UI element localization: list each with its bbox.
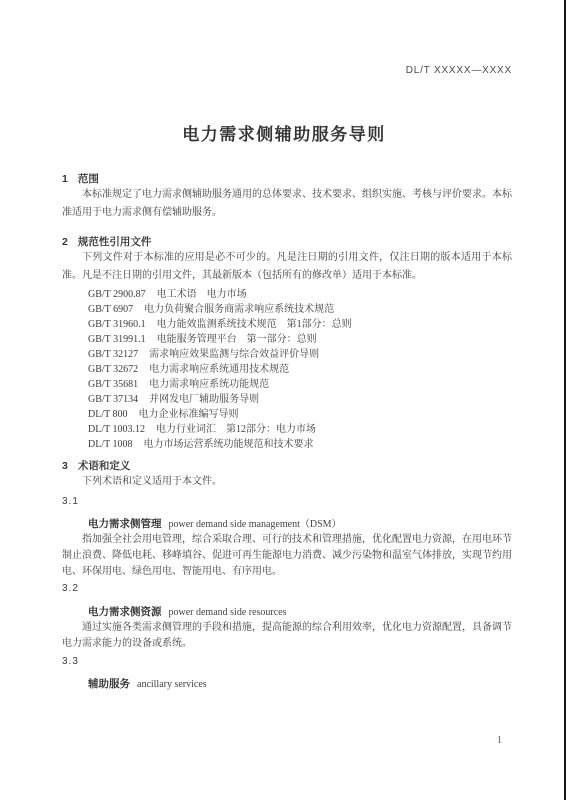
reference-title: 电工术语 电力市场 — [157, 289, 247, 300]
document-page: DL/T XXXXX—XXXX 电力需求侧辅助服务导则 1范围 本标准规定了电力… — [0, 0, 568, 800]
reference-code: GB/T 37134 — [88, 394, 138, 405]
term-english: power demand side management（DSM） — [169, 519, 342, 530]
reference-title: 并网发电厂辅助服务导则 — [149, 394, 259, 405]
reference-item: GB/T 32672电力需求响应系统通用技术规范 — [88, 362, 512, 377]
section-number: 3 — [62, 460, 68, 472]
term-entry-label: 3.1 — [62, 495, 512, 509]
references-intro-paragraph: 下列文件对于本标准的应用是必不可少的。凡是注日期的引用文件，仅注日期的版本适用于… — [62, 249, 512, 284]
reference-item: DL/T 1008电力市场运营系统功能规范和技术要求 — [88, 437, 512, 452]
reference-code: GB/T 6907 — [88, 304, 133, 315]
term-chinese: 辅助服务 — [88, 678, 130, 690]
section-title: 范围 — [78, 173, 99, 185]
reference-title: 电力需求响应系统通用技术规范 — [149, 364, 289, 375]
reference-item: GB/T 31960.1电力能效监测系统技术规范 第1部分：总则 — [88, 317, 512, 332]
scope-paragraph: 本标准规定了电力需求侧辅助服务通用的总体要求、技术要求、组织实施、考核与评价要求… — [62, 186, 512, 221]
reference-title: 需求响应效果监测与综合效益评价导则 — [149, 349, 319, 360]
reference-title: 电能服务管理平台 第一部分：总则 — [157, 334, 317, 345]
section-number: 1 — [62, 173, 68, 185]
section-heading-terms: 3术语和定义 — [62, 460, 512, 473]
term-entry-label: 3.3 — [62, 655, 512, 669]
reference-code: GB/T 31991.1 — [88, 334, 146, 345]
term-entry-label: 3.2 — [62, 582, 512, 596]
reference-item: DL/T 1003.12电力行业词汇 第12部分：电力市场 — [88, 422, 512, 437]
reference-code: GB/T 35681 — [88, 379, 138, 390]
doc-code: DL/T XXXXX—XXXX — [406, 65, 512, 76]
reference-item: GB/T 35681电力需求响应系统功能规范 — [88, 377, 512, 392]
term-entry-title: 电力需求侧管理power demand side management（DSM） — [62, 517, 512, 532]
page-number: 1 — [497, 735, 502, 746]
term-definition: 通过实施各类需求侧管理的手段和措施，提高能源的综合利用效率，优化电力资源配置，具… — [62, 620, 512, 652]
reference-item: GB/T 31991.1电能服务管理平台 第一部分：总则 — [88, 332, 512, 347]
document-body: 1范围 本标准规定了电力需求侧辅助服务通用的总体要求、技术要求、组织实施、考核与… — [62, 172, 512, 692]
reference-title: 电力行业词汇 第12部分：电力市场 — [156, 424, 316, 435]
reference-code: GB/T 32127 — [88, 349, 138, 360]
reference-code: DL/T 1008 — [88, 439, 133, 450]
term-chinese: 电力需求侧资源 — [88, 606, 162, 618]
reference-code: GB/T 2900.87 — [88, 289, 146, 300]
reference-title: 电力能效监测系统技术规范 第1部分：总则 — [157, 319, 352, 330]
term-chinese: 电力需求侧管理 — [88, 518, 162, 530]
reference-list: GB/T 2900.87电工术语 电力市场 GB/T 6907电力负荷聚合服务商… — [62, 287, 512, 452]
section-title: 术语和定义 — [78, 460, 131, 472]
doc-title: 电力需求侧辅助服务导则 — [0, 120, 568, 145]
section-heading-scope: 1范围 — [62, 173, 512, 186]
term-entry-title: 辅助服务ancillary services — [62, 677, 512, 692]
reference-title: 电力市场运营系统功能规范和技术要求 — [144, 439, 314, 450]
reference-item: GB/T 6907电力负荷聚合服务商需求响应系统技术规范 — [88, 302, 512, 317]
reference-item: GB/T 32127需求响应效果监测与综合效益评价导则 — [88, 347, 512, 362]
term-english: ancillary services — [137, 679, 207, 690]
reference-item: GB/T 37134并网发电厂辅助服务导则 — [88, 392, 512, 407]
terms-intro-paragraph: 下列术语和定义适用于本文件。 — [62, 473, 512, 491]
reference-code: GB/T 31960.1 — [88, 319, 146, 330]
reference-title: 电力需求响应系统功能规范 — [149, 379, 269, 390]
reference-title: 电力负荷聚合服务商需求响应系统技术规范 — [144, 304, 334, 315]
reference-code: DL/T 800 — [88, 409, 128, 420]
reference-item: GB/T 2900.87电工术语 电力市场 — [88, 287, 512, 302]
term-english: power demand side resources — [169, 607, 287, 618]
reference-title: 电力企业标准编写导则 — [139, 409, 239, 420]
section-title: 规范性引用文件 — [78, 236, 152, 248]
reference-code: DL/T 1003.12 — [88, 424, 145, 435]
reference-code: GB/T 32672 — [88, 364, 138, 375]
term-definition: 指加强全社会用电管理，综合采取合理、可行的技术和管理措施，优化配置电力资源，在用… — [62, 532, 512, 580]
term-entry-title: 电力需求侧资源power demand side resources — [62, 605, 512, 620]
reference-item: DL/T 800电力企业标准编写导则 — [88, 407, 512, 422]
section-heading-references: 2规范性引用文件 — [62, 236, 512, 249]
section-number: 2 — [62, 236, 68, 248]
